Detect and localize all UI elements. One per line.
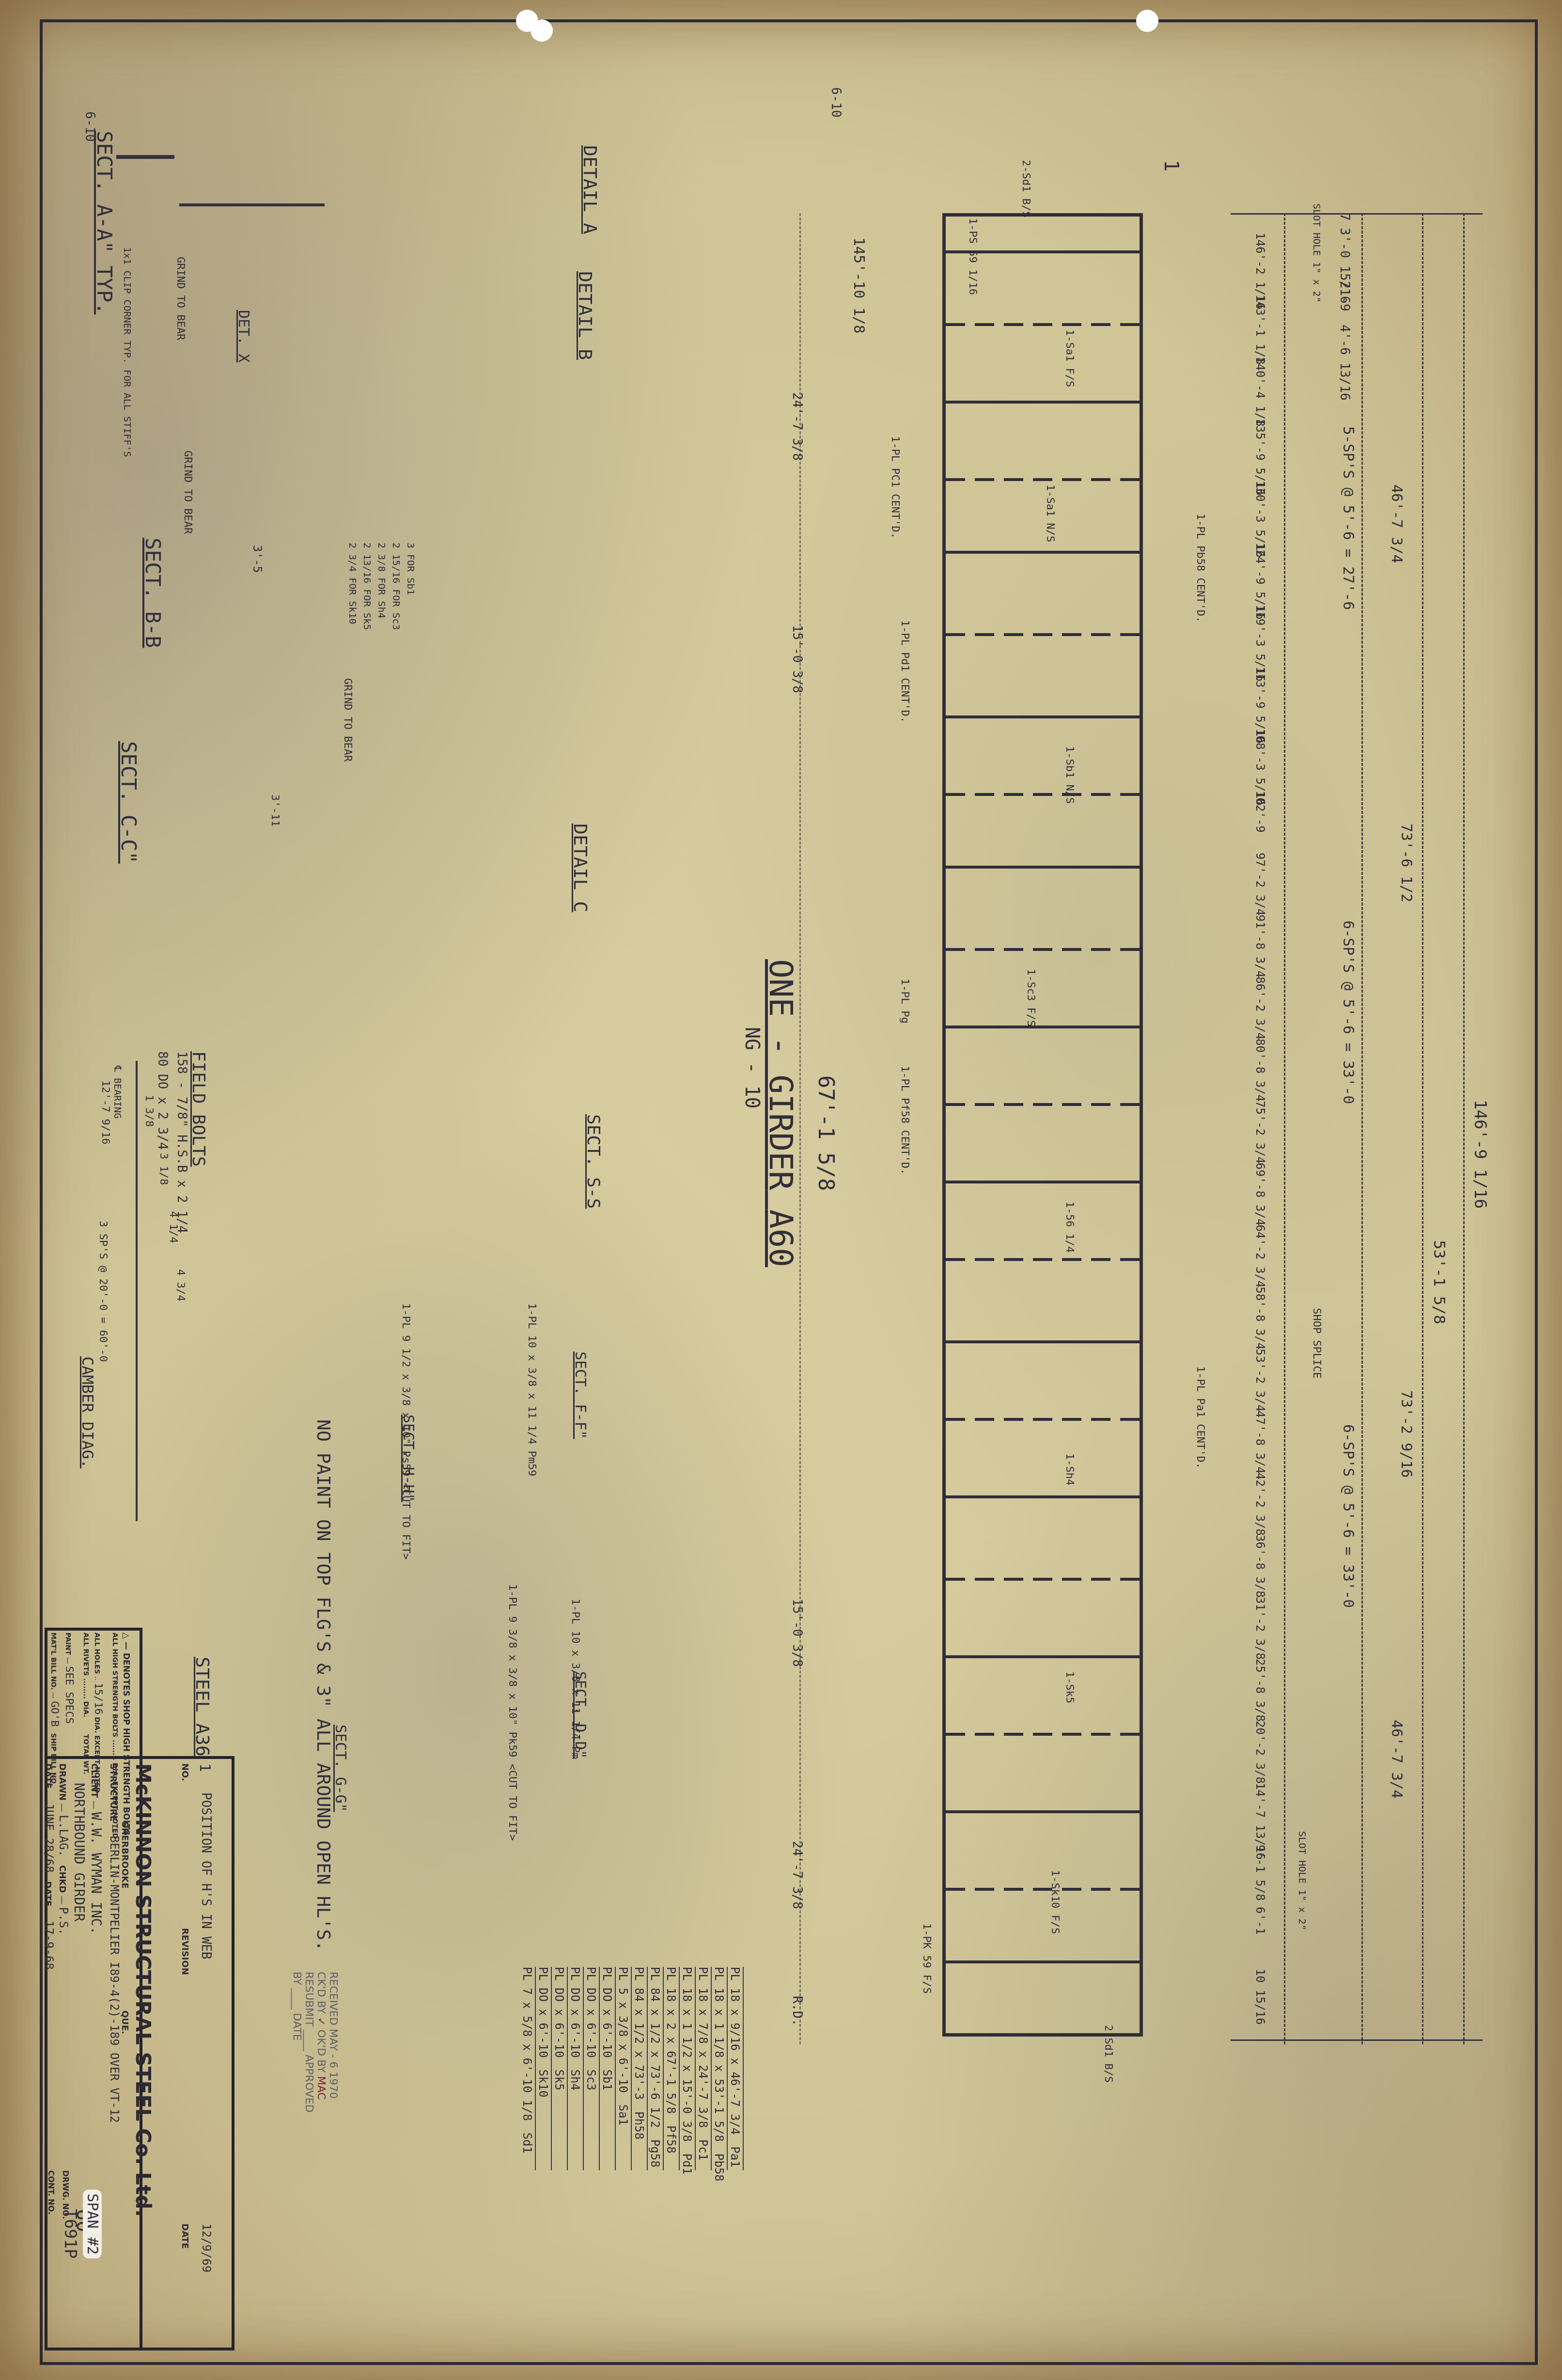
left-mark: R.D. — [790, 1996, 804, 2026]
sect-dd-note: 1-PL 9 3/8 x 3/8 x 10" Pk59 <CUT TO FIT> — [506, 1584, 518, 1841]
stiffener-label: 1-Sh4 — [1063, 1453, 1076, 1485]
detail-b-label: DETAIL B — [575, 271, 596, 360]
bom-row: PL 7 x 5/8 x 6'-10 1/8Sd1 — [520, 1967, 536, 2170]
bom-item: PL 18 x 1 1/2 x 15'-0 3/8 — [680, 1967, 694, 2142]
detail-a-label: DETAIL A — [579, 145, 601, 234]
bom-item: PL DO x 6'-10 — [552, 1967, 566, 2058]
stiffener — [946, 1655, 1140, 1658]
sect-ff-note: 1-PL 10 x 3/8 x 11 1/4 Pm59 — [526, 1303, 538, 1477]
dim-line — [1463, 213, 1465, 2044]
dim-spacing-2: 6-SP'S @ 5'-6 = 33'-0 — [1340, 920, 1357, 1104]
left-mark: 145'-10 1/8 — [850, 237, 867, 334]
station-mark: 140'-4 1/8 — [1253, 357, 1267, 427]
camber-ordinate: 3 1/8 — [157, 1153, 170, 1185]
camber-label: CAMBER DIAG. — [78, 1356, 97, 1468]
left-mark: 24'-7 3/8 — [790, 392, 804, 461]
stiffener — [946, 401, 1140, 404]
cont-no-label: CONT. NO. — [47, 2170, 56, 2215]
station-mark: 69'-8 3/4 — [1253, 1163, 1267, 1226]
station-mark: 36'-8 3/8 — [1253, 1535, 1267, 1598]
dim-spacing-3: 6-SP'S @ 5'-6 = 33'-0 — [1340, 1424, 1357, 1608]
station-mark: 20'-2 3/8 — [1253, 1721, 1267, 1784]
stiffener — [946, 1578, 1140, 1581]
bom-row: PL DO x 6'-10Sk5 — [552, 1967, 568, 2170]
bom-row: PL 18 x 2 x 67'-1 5/8Pf58 — [664, 1967, 680, 2170]
dim-line — [799, 213, 801, 2044]
plate-callout: 1-PL Pa1 CENT'D. — [1194, 1366, 1206, 1469]
stiffener — [946, 1888, 1140, 1891]
field-bolts-line: 80 DO x 2 3/4 — [155, 1051, 170, 1150]
station-mark: 91'-8 3/4 — [1253, 915, 1267, 978]
bom-row: PL 18 x 1 1/8 x 53'-1 5/8Pb58 — [712, 1967, 728, 2170]
slot-hole-note: SLOT HOLE 1" x 2" — [1311, 203, 1323, 303]
stiffener — [946, 1340, 1140, 1343]
camber-bearing: ℄ BEARING — [112, 1066, 124, 1119]
stiffener-label: 1-Sb1 N/S — [1063, 746, 1076, 804]
bom-row: PL DO x 6'-10Sk10 — [536, 1967, 552, 2170]
sect-cc-label: SECT. C-C" — [117, 741, 141, 864]
plate-callout: 1-PL Pb58 CENT'D. — [1194, 513, 1206, 622]
girder-title: ONE - GIRDER A60 — [762, 959, 799, 1267]
stiffener-label: 1-56 1/4 — [1063, 1201, 1076, 1253]
stiffener — [946, 1960, 1140, 1963]
gauge-row: 2 3/8 FOR Sh4 — [376, 543, 388, 619]
plate-callout: 1-PL Pg — [899, 979, 911, 1024]
sect-aa-width: 6-10 — [82, 111, 97, 142]
dim-line — [1361, 213, 1363, 2044]
rev-date-header: DATE — [180, 2224, 190, 2249]
hs-bolts-label: ALL HIGH STRENGTH BOLTS ........ DIA. EX… — [111, 1633, 119, 1839]
dim-segment-3: 46'-7 3/4 — [1388, 1720, 1405, 1799]
stiffener — [946, 948, 1140, 951]
camber-baseline — [136, 1061, 138, 1521]
stiffener — [946, 1810, 1140, 1813]
bom-row: PL 18 x 1 1/2 x 15'-0 3/8Pd1 — [680, 1967, 696, 2170]
slot-hole-note-bottom: SLOT HOLE 1" x 2" — [1296, 1831, 1308, 1930]
dim-line — [1284, 213, 1285, 2044]
gauge-row: 3 FOR Sb1 — [405, 543, 417, 595]
sect-gg-label: SECT. G-G" — [332, 1725, 349, 1812]
station-mark: 25'-8 3/8 — [1253, 1659, 1267, 1722]
revision-date: 12/9/69 — [200, 2224, 213, 2272]
gauge-row: 2 3/4 FOR Sk10 — [347, 543, 359, 624]
bom-item: PL DO x 6'-10 — [536, 1967, 550, 2058]
station-mark: 97'-2 3/4 — [1253, 853, 1267, 916]
bottom-note: 2-Sd1 B/S — [1102, 2025, 1114, 2083]
drawing-sheet: 46'-7 3/4 146'-9 1/16 53'-1 5/8 46'-7 3/… — [0, 0, 1562, 2380]
okd-initials: MAC — [315, 2076, 327, 2100]
station-mark: 47'-8 3/4 — [1253, 1411, 1267, 1474]
revision-triangle: 1 — [1160, 160, 1182, 171]
sect-aa-web — [179, 203, 325, 206]
bom-item: PL 7 x 5/8 x 6'-10 1/8 — [520, 1967, 534, 2121]
top-detail-note: 2-Sd1 B/S — [1020, 160, 1032, 218]
bom-mark: Sh4 — [568, 2069, 582, 2090]
field-bolts-title: FIELD BOLTS — [188, 1051, 208, 1167]
bom-item: PL DO x 6'-10 — [600, 1967, 614, 2058]
bom-mark: Pb58 — [712, 2153, 726, 2181]
rivets-label: ALL RIVETS ........ DIA. — [82, 1633, 90, 1717]
girder-sub-mark: NG - 10 — [741, 1027, 763, 1109]
stiffener-label: 1-Sa1 N/S — [1044, 484, 1056, 542]
sect-cc-note: GRIND TO BEAR — [342, 678, 354, 762]
station-mark: 64'-2 3/4 — [1253, 1225, 1267, 1288]
stiffener — [946, 866, 1140, 869]
revision-description: POSITION OF H'S IN WEB — [199, 1792, 213, 1959]
bom-mark: Ph58 — [632, 2112, 646, 2140]
sect-dd-label: SECT. D-D" — [572, 1671, 589, 1759]
structure-value: BERLIN-MONTPELIER I89-4(2)-189 OVER VT-1… — [108, 1836, 121, 2122]
punch-hole — [531, 19, 553, 42]
top-detail-width: 6-10 — [828, 87, 843, 118]
bom-item: PL 18 x 1 1/8 x 53'-1 5/8 — [712, 1967, 726, 2142]
stiffener — [946, 1026, 1140, 1028]
total-wt-label: TOTAL WT. — [82, 1734, 90, 1774]
sect-ff-label: SECT. F-F" — [572, 1352, 589, 1439]
stiffener — [946, 1103, 1140, 1106]
bom-mark: Pa1 — [728, 2147, 742, 2167]
stiffener — [946, 551, 1140, 554]
bom-mark: Pc1 — [696, 2139, 710, 2160]
dim-extension — [1231, 213, 1483, 215]
bom-row: PL 18 x 7/8 x 24'-7 3/8Pc1 — [696, 1967, 712, 2170]
stiffener — [946, 633, 1140, 636]
bom-row: PL 5 x 3/8 x 6'-10Sa1 — [616, 1967, 632, 2170]
span-sticker: SPAN #2 — [83, 2190, 102, 2258]
dim-overall: 146'-9 1/16 — [1470, 1100, 1490, 1209]
plate-callout: 1-PL PC1 CENT'D. — [889, 436, 901, 539]
station-mark: 86'-2 3/4 — [1253, 977, 1267, 1040]
paint-row: PAINT — SEE SPECS — [63, 1633, 75, 1724]
bom-mark: Pf58 — [664, 2125, 678, 2153]
sect-bb-label: SECT. B-B — [141, 538, 165, 648]
revision-header: REVISION — [180, 1928, 190, 1975]
stiffener-label: 1-Sc3 F/S — [1025, 969, 1037, 1027]
bom-mark: Sc3 — [584, 2069, 598, 2090]
detail-c-label: DETAIL C — [570, 824, 591, 912]
station-mark: 10 15/16 — [1253, 1969, 1267, 2025]
top-end-label: 1-PS 59 1/16 — [967, 218, 979, 295]
camber-ordinate: 4 1/4 — [167, 1211, 179, 1243]
bom-mark: Sa1 — [616, 2104, 630, 2125]
dim-segment-1: 46'-7 3/4 — [1388, 484, 1405, 563]
company-name: McKINNON STRUCTURAL STEEL Co. Ltd. — [131, 1763, 155, 2217]
bom-mark: Sb1 — [600, 2069, 614, 2090]
station-mark: 102'-9 — [1253, 791, 1267, 833]
stiffener-label: 1-Sk10 F/S — [1049, 1870, 1061, 1934]
bom-mark: Pd1 — [680, 2153, 694, 2174]
bom-item: PL 18 x 7/8 x 24'-7 3/8 — [696, 1967, 710, 2128]
holes-row: ALL HOLES .. 15/16 DIA. EXCEPT NOTED — [92, 1633, 104, 1793]
plate-callout: 1-PL Pf58 CENT'D. — [899, 1066, 911, 1175]
paint-note: NO PAINT ON TOP FLG'S & 3" ALL AROUND OP… — [313, 1419, 334, 1951]
camber-first: 12'-7 9/16 — [99, 1080, 111, 1144]
flange — [116, 155, 174, 159]
bom-item: PL 18 x 2 x 67'-1 5/8 — [664, 1967, 678, 2114]
stiffener — [946, 1418, 1140, 1421]
station-mark: 31'-2 3/8 — [1253, 1597, 1267, 1660]
rev-no-header: NO. — [180, 1763, 190, 1781]
dim-half-1: 73'-6 1/2 — [1398, 824, 1415, 902]
sect-aa-note: GRIND TO BEAR — [174, 257, 187, 340]
end-dim-top-1: 7 — [1337, 213, 1352, 221]
bottom-end-label: 1-PK 59 F/S — [921, 1923, 933, 1994]
dim-line — [1422, 213, 1423, 2044]
dim-spacing-1: 5-SP'S @ 5'-6 = 27'-6 — [1340, 426, 1357, 610]
sect-ss-label: SECT. S-S — [583, 1114, 603, 1209]
camber-ordinate: 1 3/8 — [143, 1095, 155, 1127]
stiffener — [946, 323, 1140, 326]
stiffener — [946, 1181, 1140, 1183]
bom-mark: Sk10 — [536, 2069, 550, 2098]
client-value: W.W. WYMAN INC. — [88, 1812, 104, 1934]
camber-spacing: 3 SP'S @ 20'-0 = 60'-0 — [97, 1221, 109, 1362]
drawn-row: DRAWN — L.LAG. CHKD — P.S. — [57, 1763, 70, 1935]
material-note: STEEL A36 — [192, 1657, 213, 1757]
station-mark: 9'-1 5/8 — [1253, 1845, 1267, 1901]
material-row: MAT'L BILL NO. — GO'B SHIP BILL NO. — [48, 1633, 61, 1786]
left-mark: 15'-0 3/8 — [790, 625, 804, 693]
stiffener-label: 1-Sa1 F/S — [1063, 329, 1076, 387]
date-row: DATE — JUNE 28/68 DATE — 17-9-68 — [42, 1763, 56, 1970]
bom-row: PL DO x 6'-10Sb1 — [600, 1967, 616, 2170]
bom-item: PL 84 x 1/2 x 73'-6 1/2 — [648, 1967, 662, 2128]
station-mark: 58'-8 3/4 — [1253, 1287, 1267, 1350]
station-mark: 42'-2 3/8 — [1253, 1473, 1267, 1536]
sect-cc-dim: 3'-11 — [269, 794, 281, 826]
cont-no-value: T691P — [61, 2209, 80, 2258]
received-date: MAY - 6 1970 — [327, 2029, 339, 2099]
bom-item: PL 5 x 3/8 x 6'-10 — [616, 1967, 630, 2093]
description-value: NORTHBOUND GIRDER — [71, 1783, 87, 1922]
revision-no: 1 — [196, 1763, 213, 1772]
bom-mark: Pg58 — [648, 2139, 662, 2167]
stiffener — [946, 1733, 1140, 1736]
field-bolts-line: 158 - 7/8" H.S.B x 2 1/4 — [174, 1051, 189, 1233]
det-x-label: DET. X — [235, 310, 252, 362]
bom-row: PL 84 x 1/2 x 73'-3Ph58 — [632, 1967, 648, 2170]
punch-hole — [1136, 10, 1158, 32]
bom-item: PL DO x 6'-10 — [568, 1967, 582, 2058]
stiffener — [946, 1495, 1140, 1498]
bom-item: PL DO x 6'-10 — [584, 1967, 598, 2058]
sect-bb-dim: 3'-5 — [250, 545, 264, 573]
legend-note: △ — DENOTES SHOP HIGH STRENGTH BOLTS — [121, 1633, 131, 1836]
bom-row: PL 18 x 9/16 x 46'-7 3/4Pa1 — [728, 1967, 744, 2170]
stiffener-label: 1-Sk5 — [1063, 1671, 1076, 1703]
station-mark: 53'-2 3/4 — [1253, 1349, 1267, 1412]
end-dim-top-4: 4'-6 13/16 — [1337, 325, 1352, 401]
gauge-row: 2 15/16 FOR Sc3 — [390, 543, 402, 630]
girder-mark: A60 — [762, 1210, 799, 1267]
sect-bb-note: GRIND TO BEAR — [182, 451, 194, 534]
left-mark: 24'-7 3/8 — [790, 1841, 804, 1909]
stiffener — [946, 1258, 1140, 1261]
bom-row: PL DO x 6'-10Sc3 — [584, 1967, 600, 2170]
bom-row: PL 84 x 1/2 x 73'-6 1/2Pg58 — [648, 1967, 664, 2170]
sect-aa-note: 1x1 CLIP CORNER TYP. FOR ALL STIFF'S — [122, 247, 133, 457]
stiffener — [946, 478, 1140, 481]
camber-ordinate: 4 3/4 — [174, 1269, 187, 1301]
shop-splice-label: SHOP SPLICE — [1311, 1308, 1323, 1379]
left-mark: 15'-0 3/8 — [790, 1599, 804, 1667]
end-dim-top-3: 2'-9 — [1337, 281, 1352, 311]
girder-length: 67'-1 5/8 — [813, 1075, 838, 1191]
girder-elevation — [942, 213, 1143, 2037]
sect-hh-note: 1-PL 9 1/2 x 3/8 x 10" Ps59 <CUT TO FIT> — [400, 1303, 412, 1560]
bom-mark: Sk5 — [552, 2069, 566, 2090]
bom-row: PL DO x 6'-10Sh4 — [568, 1967, 584, 2170]
station-mark: 75'-2 3/4 — [1253, 1101, 1267, 1164]
plate-callout: 1-PL Pd1 CENT'D. — [899, 620, 911, 723]
received-stamp: RECEIVED MAY - 6 1970 CK'D BY ✓ OK'D BY … — [291, 1972, 339, 2113]
station-mark: 6'-1 — [1253, 1907, 1267, 1935]
station-mark: 80'-8 3/4 — [1253, 1039, 1267, 1102]
station-mark: 143'-1 1/8 — [1253, 295, 1267, 365]
bom-item: PL 18 x 9/16 x 46'-7 3/4 — [728, 1967, 742, 2135]
stiffener — [946, 716, 1140, 718]
dim-half-2: 73'-2 9/16 — [1398, 1390, 1415, 1478]
stiffener — [946, 793, 1140, 796]
bom-item: PL 84 x 1/2 x 73'-3 — [632, 1967, 646, 2100]
dim-segment-2: 53'-1 5/8 — [1430, 1240, 1449, 1324]
company-province: QUE. — [120, 2010, 130, 2034]
dim-extension — [1231, 2039, 1483, 2041]
gauge-row: 2 13/16 FOR Sk5 — [361, 543, 373, 630]
bom-mark: Sd1 — [520, 2132, 534, 2153]
sect-aa-label: SECT. A-A" TYP. — [93, 131, 116, 314]
